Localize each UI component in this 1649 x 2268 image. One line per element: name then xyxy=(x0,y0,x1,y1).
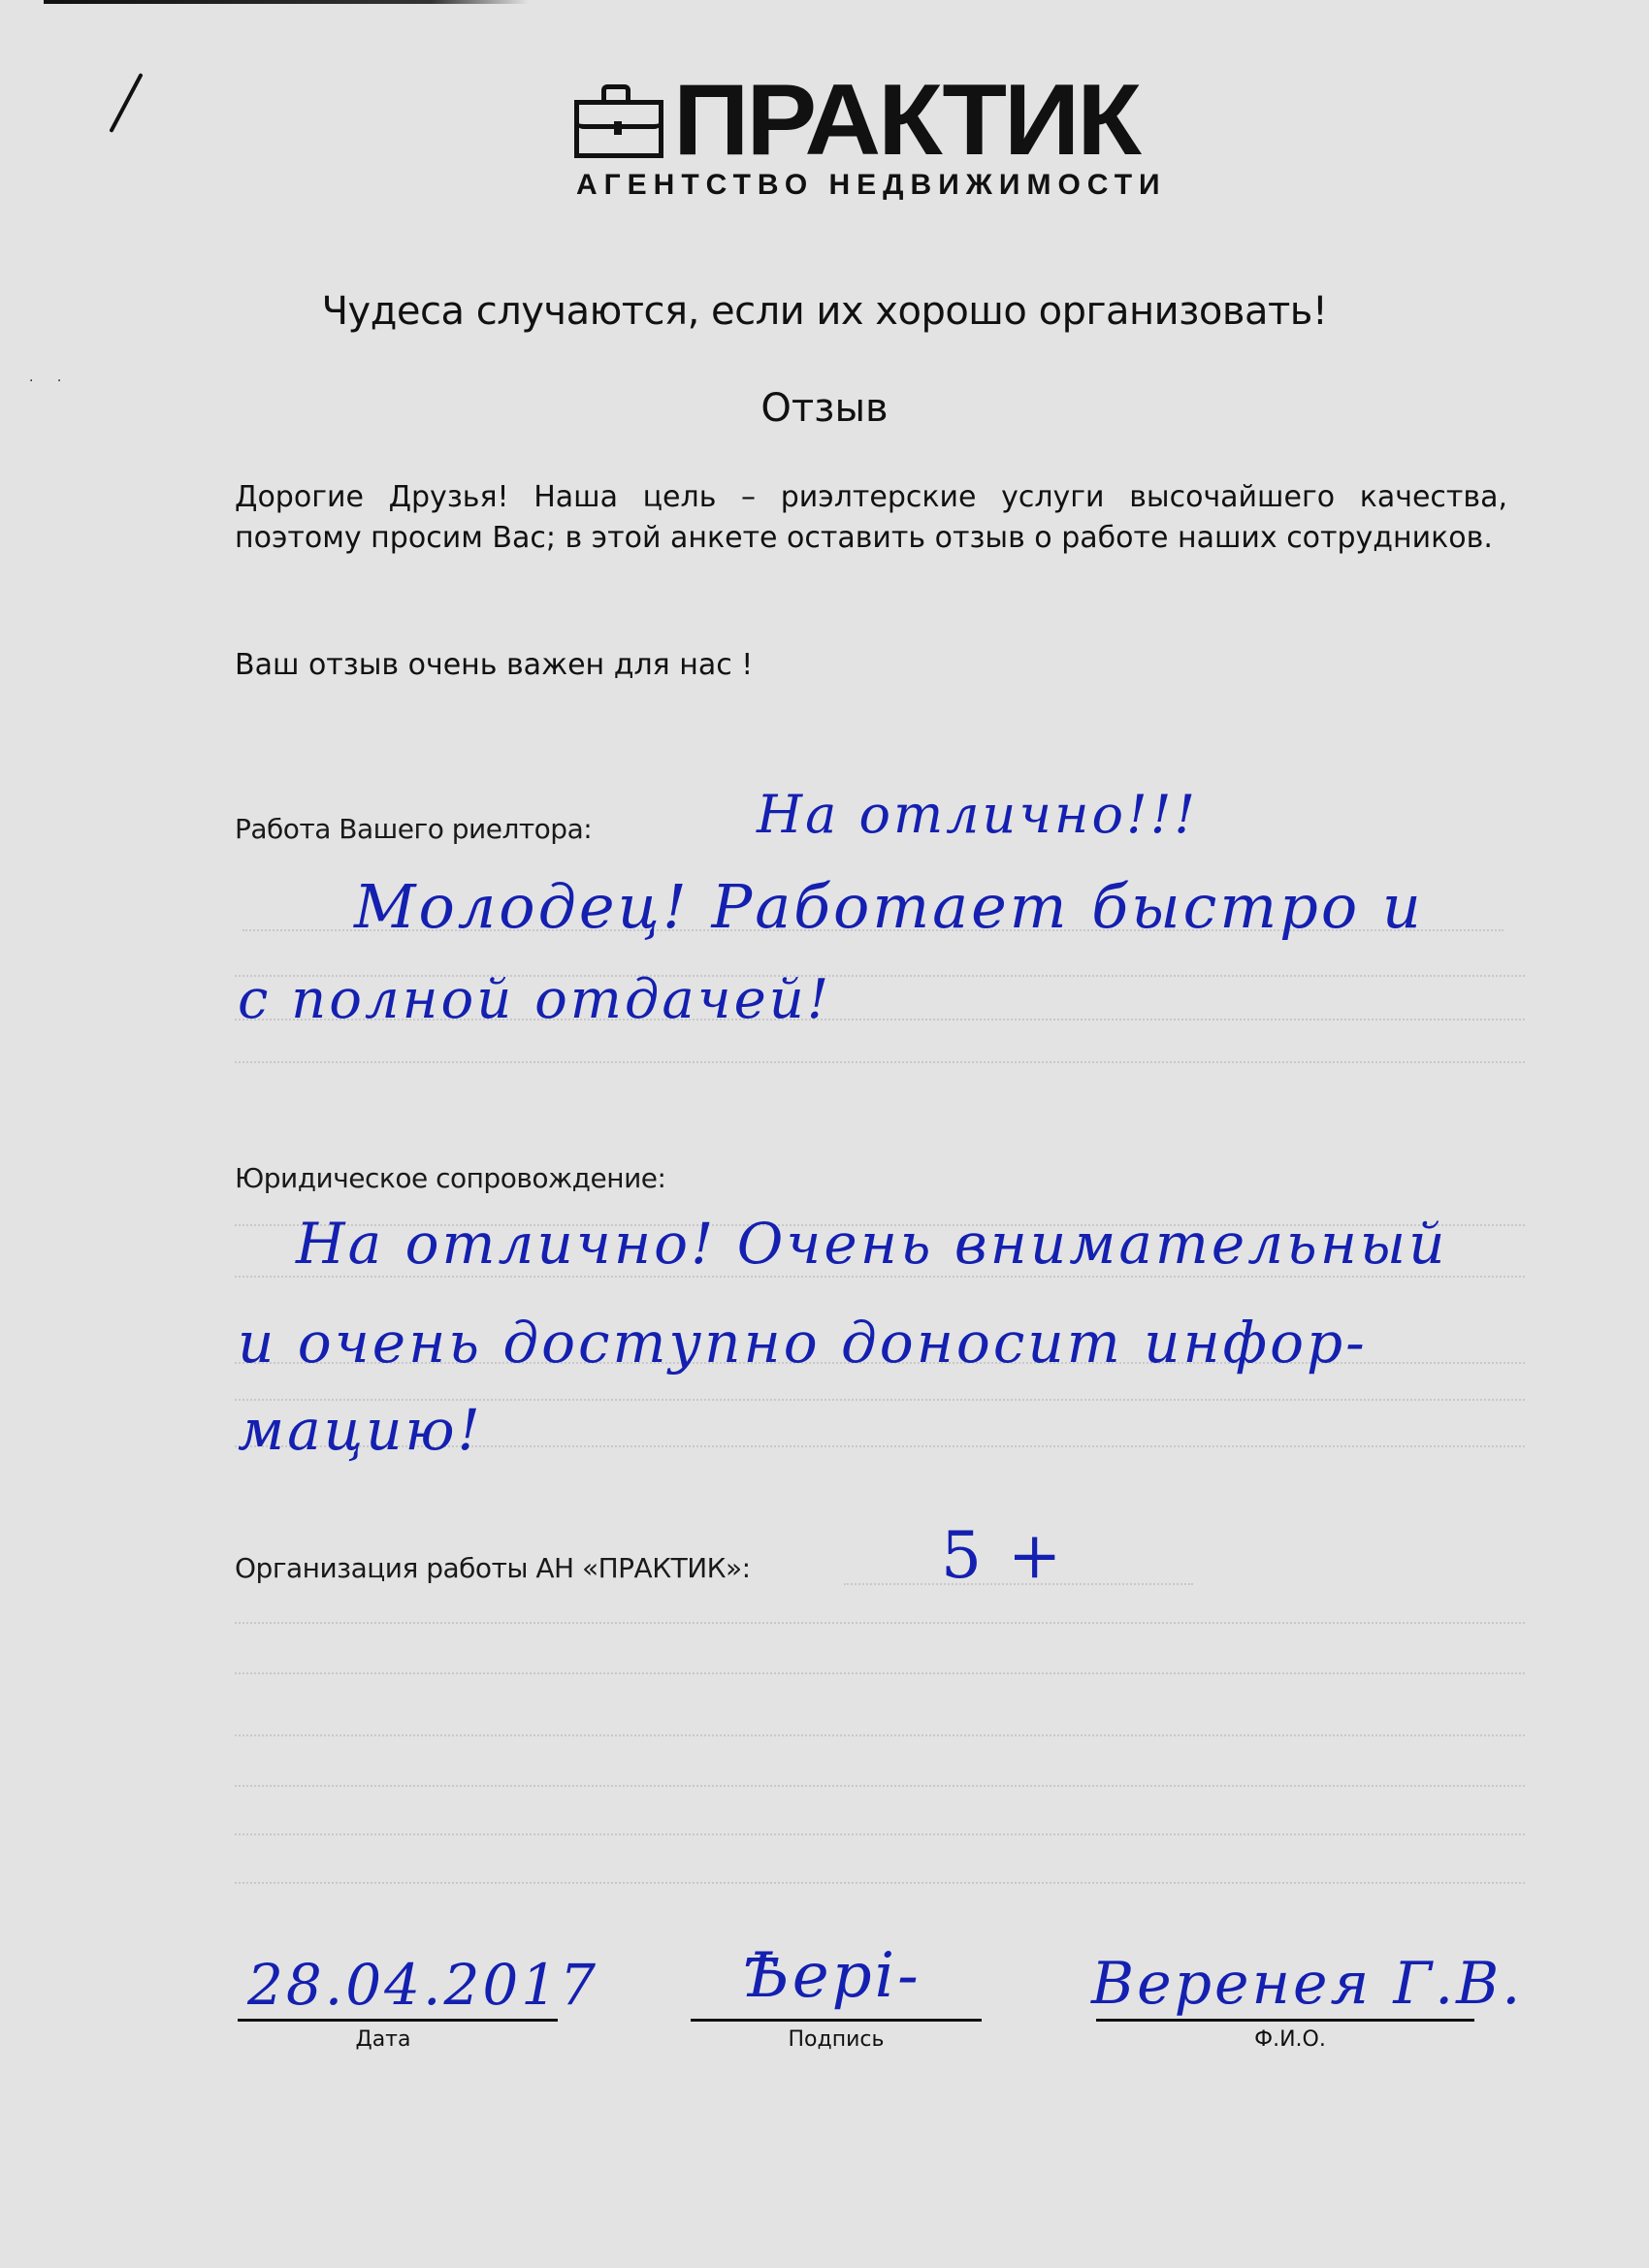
intro-text: Дорогие Друзья! Наша цель – риэлтерские … xyxy=(235,477,1507,559)
guide-line xyxy=(235,1672,1525,1674)
date-caption: Дата xyxy=(238,2027,529,2052)
field-label-organization: Организация работы АН «ПРАКТИК»: xyxy=(235,1552,751,1584)
pen-mark xyxy=(109,73,143,133)
handwritten-answer-legal-1: На отлично! Очень внимательный xyxy=(296,1211,1448,1277)
name-line xyxy=(1096,2019,1474,2022)
field-label-legal: Юридическое сопровождение: xyxy=(235,1162,665,1194)
brand-logo: ПРАКТИК АГЕНТСТВО НЕДВИЖИМОСТИ xyxy=(572,78,1174,204)
guide-line xyxy=(235,1833,1525,1835)
handwritten-answer-realtor-1: На отлично!!! xyxy=(757,784,1198,845)
slogan: Чудеса случаются, если их хорошо организ… xyxy=(0,289,1649,334)
intro-note: Ваш отзыв очень важен для нас ! xyxy=(235,648,753,682)
guide-line xyxy=(235,1734,1525,1736)
brand-name: ПРАКТИК xyxy=(673,78,1139,163)
handwritten-answer-legal-2: и очень доступно доносит инфор- xyxy=(238,1310,1368,1376)
handwritten-answer-realtor-2: Молодец! Работает быстро и xyxy=(354,871,1424,942)
handwritten-answer-legal-3: мацию! xyxy=(238,1397,483,1463)
guide-line xyxy=(235,1785,1525,1787)
signature-caption: Подпись xyxy=(691,2027,982,2052)
date-line xyxy=(238,2019,558,2022)
briefcase-icon xyxy=(572,81,669,160)
scan-top-edge xyxy=(44,0,529,4)
handwritten-date: 28.04.2017 xyxy=(247,1952,598,2018)
field-label-realtor: Работа Вашего риелтора: xyxy=(235,813,592,845)
handwritten-signature: Ѣері- xyxy=(742,1940,921,2012)
handwritten-name: Веренея Г.В. xyxy=(1091,1950,1523,2018)
signature-line xyxy=(691,2019,982,2022)
name-caption: Ф.И.О. xyxy=(1145,2027,1436,2052)
handwritten-answer-realtor-3: с полной отдачей! xyxy=(238,968,831,1031)
handwritten-answer-organization: 5 + xyxy=(941,1518,1064,1593)
guide-line xyxy=(235,1622,1525,1624)
page-title: Отзыв xyxy=(0,386,1649,431)
guide-line xyxy=(235,1882,1525,1884)
guide-line xyxy=(235,1061,1525,1063)
